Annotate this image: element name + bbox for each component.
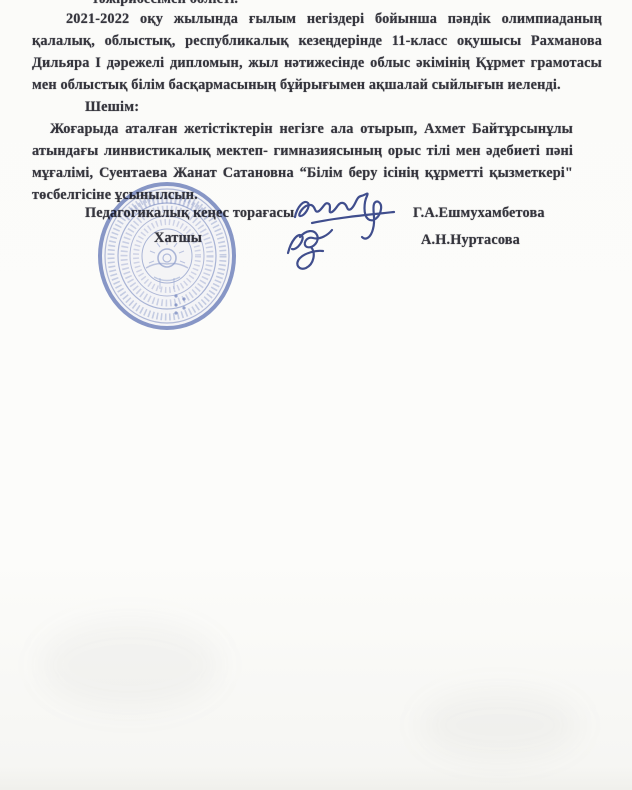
chair-name: Г.А.Ешмухамбетова (413, 202, 545, 224)
decision-heading: Шешім: (85, 96, 139, 118)
achievements-paragraph: 2021-2022 оқу жылында ғылым негіздері бо… (32, 8, 602, 96)
paper-texture-spot (40, 620, 220, 710)
paper-texture-spot (420, 690, 580, 760)
secretary-name: А.Н.Нуртасова (421, 229, 520, 251)
handwritten-signatures (278, 184, 413, 279)
secretary-signature (288, 230, 332, 269)
cutoff-top-line: тәжірибесімен бөлісті. (92, 0, 238, 8)
scanned-document-page: тәжірибесімен бөлісті. 2021-2022 оқу жыл… (0, 0, 632, 790)
official-round-stamp-icon (96, 182, 238, 332)
